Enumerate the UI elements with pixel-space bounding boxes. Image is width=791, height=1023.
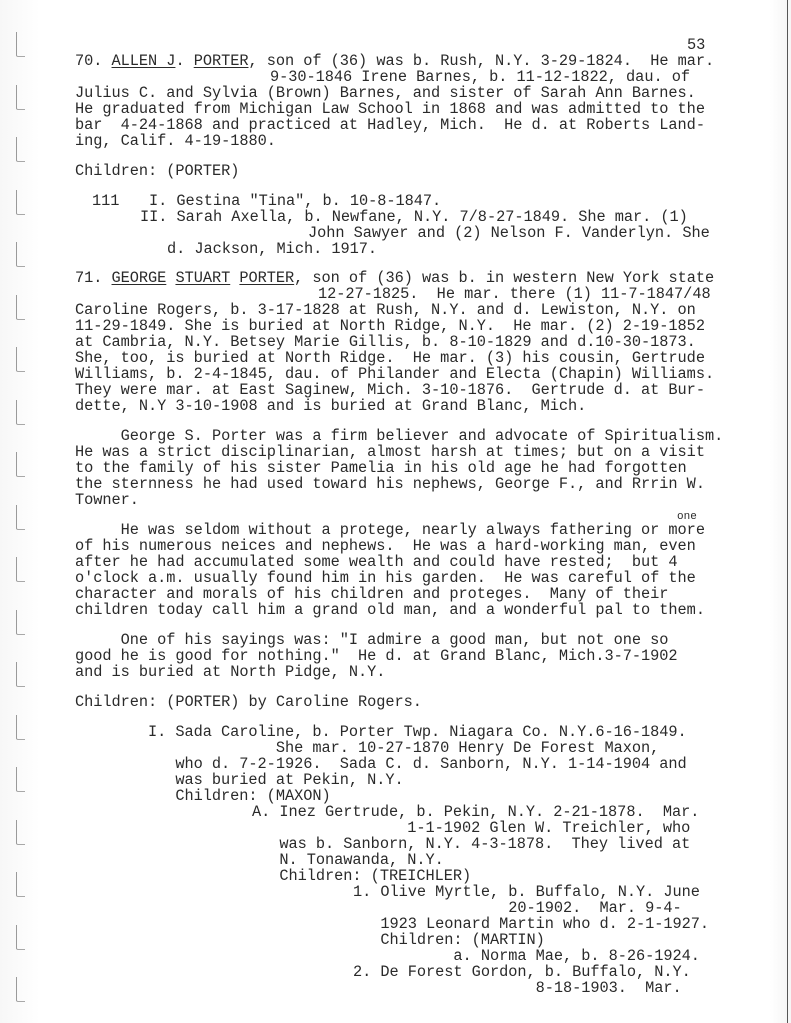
great-grandchild-line: 8-18-1903. Mar. [353, 980, 682, 996]
paragraph-line: One of his sayings was: "I admire a good… [75, 632, 668, 648]
binder-mark [16, 242, 25, 267]
binder-mark [16, 137, 25, 162]
entry-text: Caroline Rogers, b. 3-17-1828 at Rush, N… [75, 302, 696, 318]
grandchild-line: was b. Sanborn, N.Y. 4-3-1878. They live… [252, 836, 690, 852]
child-line: She mar. 10-27-1870 Henry De Forest Maxo… [148, 740, 659, 756]
paragraph-line: children today call him a grand old man,… [75, 602, 705, 618]
binder-mark [16, 557, 25, 582]
entry-text: dette, N.Y 3-10-1908 and is buried at Gr… [75, 398, 586, 414]
entry-text: 11-29-1849. She is buried at North Ridge… [75, 318, 705, 334]
child-item: II. Sarah Axella, b. Newfane, N.Y. 7/8-2… [140, 209, 688, 225]
great-grandchild-line: 2. De Forest Gordon, b. Buffalo, N.Y. [353, 964, 691, 980]
binder-mark [16, 347, 25, 372]
entry-70-heading: 70. ALLEN J. PORTER, son of (36) was b. … [75, 53, 714, 69]
children-heading: Children: (PORTER) by Caroline Rogers. [75, 694, 422, 710]
grandchild-line: N. Tonawanda, N.Y. [252, 852, 444, 868]
child-text: John Sawyer and (2) Nelson F. Vanderlyn.… [308, 225, 710, 241]
paragraph-line: He was seldom without a protege, nearly … [75, 522, 705, 538]
binder-mark [16, 977, 25, 1002]
child-line: Children: (MAXON) [148, 788, 331, 804]
paragraph-line: and is buried at North Pidge, N.Y. [75, 664, 385, 680]
binder-mark [16, 715, 25, 740]
child-numeral: II. [140, 208, 167, 226]
children-heading: Children: (PORTER) [75, 163, 239, 179]
binder-mark [16, 820, 25, 845]
paragraph-line: character and morals of his children and… [75, 586, 668, 602]
entry-text: 12-27-1825. He mar. there (1) 11-7-1847/… [318, 286, 711, 302]
person-surname: PORTER [194, 52, 249, 70]
entry-text: 9-30-1846 Irene Barnes, b. 11-12-1822, d… [270, 69, 690, 85]
great-grandchild-line: Children: (MARTIN) [353, 932, 545, 948]
paragraph-line: the sternness he had used toward his nep… [75, 476, 705, 492]
binder-mark [16, 872, 25, 897]
person-name: GEORGE [112, 269, 167, 287]
child-item: I. Gestina "Tina", b. 10-8-1847. [149, 193, 441, 209]
great-grandchild-line: 20-1902. Mar. 9-4- [353, 900, 682, 916]
grandchild-line: Children: (TREICHLER) [252, 868, 471, 884]
binder-mark [16, 767, 25, 792]
binder-mark [16, 400, 25, 425]
paragraph-line: after he had accumulated some wealth and… [75, 554, 678, 570]
paragraph-line: Towner. [75, 492, 139, 508]
paragraph-line: good he is good for nothing." He d. at G… [75, 648, 678, 664]
binder-mark [16, 610, 25, 635]
entry-text: They were mar. at East Saginew, Mich. 3-… [75, 382, 705, 398]
entry-text: Williams, b. 2-4-1845, dau. of Philander… [75, 366, 714, 382]
entry-text: He graduated from Michigan Law School in… [75, 101, 705, 117]
child-line: who d. 7-2-1926. Sada C. d. Sanborn, N.Y… [148, 756, 687, 772]
margin-reference: 111 [92, 193, 119, 209]
binder-mark [16, 452, 25, 477]
entry-text: ing, Calif. 4-19-1880. [75, 133, 276, 149]
entry-number: 70. [75, 52, 102, 70]
entry-text: Julius C. and Sylvia (Brown) Barnes, and… [75, 85, 696, 101]
binder-mark [16, 32, 25, 57]
great-grandchild-line: a. Norma Mae, b. 8-26-1924. [353, 948, 700, 964]
entry-text: at Cambria, N.Y. Betsey Marie Gillis, b.… [75, 334, 696, 350]
paragraph-line: of his numerous neices and nephews. He w… [75, 538, 696, 554]
binder-mark [16, 85, 25, 110]
child-line: was buried at Pekin, N.Y. [148, 772, 404, 788]
paragraph-line: to the family of his sister Pamelia in h… [75, 460, 687, 476]
entry-number: 71. [75, 269, 102, 287]
scanned-page: 53 70. ALLEN J. PORTER, son of (36) was … [0, 0, 791, 1023]
person-name: ALLEN J [112, 52, 176, 70]
grandchild-line: 1-1-1902 Glen W. Treichler, who [252, 820, 690, 836]
child-text: d. Jackson, Mich. 1917. [167, 241, 377, 257]
grandchild-line: A. Inez Gertrude, b. Pekin, N.Y. 2-21-18… [252, 804, 699, 820]
paragraph-line: George S. Porter was a firm believer and… [75, 428, 723, 444]
paragraph-line: o'clock a.m. usually found him in his ga… [75, 570, 696, 586]
binder-mark [16, 190, 25, 215]
paragraph-line: He was a strict disciplinarian, almost h… [75, 444, 705, 460]
binder-mark [16, 662, 25, 687]
entry-71-heading: 71. GEORGE STUART PORTER, son of (36) wa… [75, 270, 714, 286]
entry-text: She, too, is buried at North Ridge. He m… [75, 350, 705, 366]
person-surname: PORTER [239, 269, 294, 287]
great-grandchild-line: 1. Olive Myrtle, b. Buffalo, N.Y. June [353, 884, 700, 900]
person-middle-name: STUART [175, 269, 230, 287]
page-edge-shadow [787, 0, 789, 1023]
binder-mark [16, 295, 25, 320]
binder-mark [16, 505, 25, 530]
great-grandchild-line: 1923 Leonard Martin who d. 2-1-1927. [353, 916, 709, 932]
binder-mark [16, 925, 25, 950]
entry-text: bar 4-24-1868 and practiced at Hadley, M… [75, 117, 705, 133]
child-line: I. Sada Caroline, b. Porter Twp. Niagara… [148, 724, 687, 740]
